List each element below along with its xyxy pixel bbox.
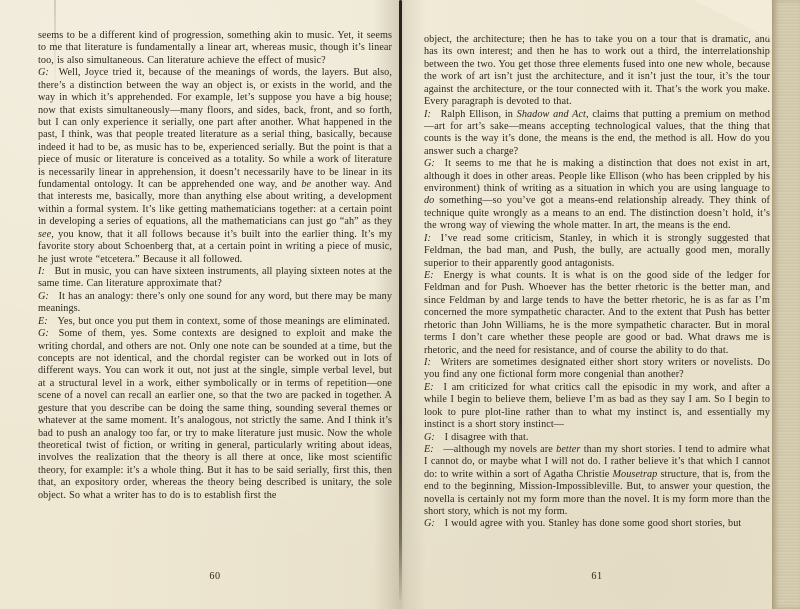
- binding-gutter-line: [399, 0, 402, 600]
- paragraph: I:Writers are sometimes designated eithe…: [424, 357, 770, 382]
- speaker-label: G:: [424, 518, 445, 529]
- italic-text: Shadow and Act: [517, 109, 586, 120]
- page-60-text: seems to be a different kind of progress…: [38, 30, 392, 502]
- italic-text: see: [38, 229, 51, 240]
- paragraph: seems to be a different kind of progress…: [38, 30, 392, 67]
- body-text: something—so you’ve got a means-end rela…: [424, 195, 770, 231]
- body-text: Writers are sometimes designated either …: [424, 357, 770, 380]
- body-text: Well, Joyce tried it, because of the mea…: [38, 67, 392, 190]
- page-number-61: 61: [424, 571, 770, 582]
- body-text: It has an analogy: there’s only one soun…: [38, 291, 392, 314]
- paragraph: E:Yes, but once you put them in context,…: [38, 316, 392, 328]
- body-text: seems to be a different kind of progress…: [38, 30, 392, 66]
- page-number-60: 60: [38, 571, 392, 582]
- page-corner-highlight: [689, 0, 785, 39]
- page-61-text: object, the architecture; then he has to…: [424, 34, 770, 531]
- paragraph: I:I’ve read some criticism, Stanley, in …: [424, 233, 770, 270]
- speaker-label: E:: [424, 270, 443, 281]
- italic-text: Mousetrap: [612, 469, 657, 480]
- speaker-label: I:: [424, 357, 441, 368]
- book-fore-edge: [772, 0, 800, 609]
- body-text: —although my novels are: [443, 444, 556, 455]
- paragraph: E:I am criticized for what critics call …: [424, 382, 770, 432]
- body-text: Some of them, yes. Some contexts are des…: [38, 328, 392, 500]
- body-text: It seems to me that he is making a disti…: [424, 158, 770, 194]
- speaker-label: G:: [38, 67, 59, 78]
- paragraph: I:But in music, you can have sixteen ins…: [38, 266, 392, 291]
- speaker-label: G:: [424, 432, 445, 443]
- paragraph: E:Energy is what counts. It is what is o…: [424, 270, 770, 357]
- paragraph: G:It has an analogy: there’s only one so…: [38, 291, 392, 316]
- speaker-label: G:: [38, 328, 59, 339]
- speaker-label: I:: [424, 109, 441, 120]
- paragraph: I:Ralph Ellison, in Shadow and Act, clai…: [424, 109, 770, 159]
- speaker-label: E:: [38, 316, 57, 327]
- speaker-label: I:: [424, 233, 441, 244]
- body-text: I’ve read some criticism, Stanley, in wh…: [424, 233, 770, 269]
- paragraph: object, the architecture; then he has to…: [424, 34, 770, 109]
- paragraph: G:It seems to me that he is making a dis…: [424, 158, 770, 233]
- body-text: Yes, but once you put them in context, s…: [57, 316, 389, 327]
- speaker-label: E:: [424, 382, 443, 393]
- speaker-label: G:: [424, 158, 445, 169]
- speaker-label: G:: [38, 291, 59, 302]
- paragraph: G:Well, Joyce tried it, because of the m…: [38, 67, 392, 266]
- body-text: object, the architecture; then he has to…: [424, 34, 770, 107]
- paragraph: E:—although my novels are better than my…: [424, 444, 770, 519]
- body-text: , you know, that it all follows because …: [38, 229, 392, 265]
- paragraph: G:I would agree with you. Stanley has do…: [424, 518, 770, 530]
- paragraph: G:I disagree with that.: [424, 432, 770, 444]
- body-text: Energy is what counts. It is what is on …: [424, 270, 770, 356]
- body-text: Ralph Ellison, in: [441, 109, 517, 120]
- body-text: I am criticized for what critics call th…: [424, 382, 770, 430]
- body-text: But in music, you can have sixteen instr…: [38, 266, 392, 289]
- body-text: I disagree with that.: [445, 432, 529, 443]
- book-scan: seems to be a different kind of progress…: [0, 0, 800, 609]
- speaker-label: I:: [38, 266, 55, 277]
- italic-text: better: [556, 444, 580, 455]
- speaker-label: E:: [424, 444, 443, 455]
- paragraph: G:Some of them, yes. Some contexts are d…: [38, 328, 392, 502]
- body-text: I would agree with you. Stanley has done…: [445, 518, 742, 529]
- italic-text: be: [301, 179, 311, 190]
